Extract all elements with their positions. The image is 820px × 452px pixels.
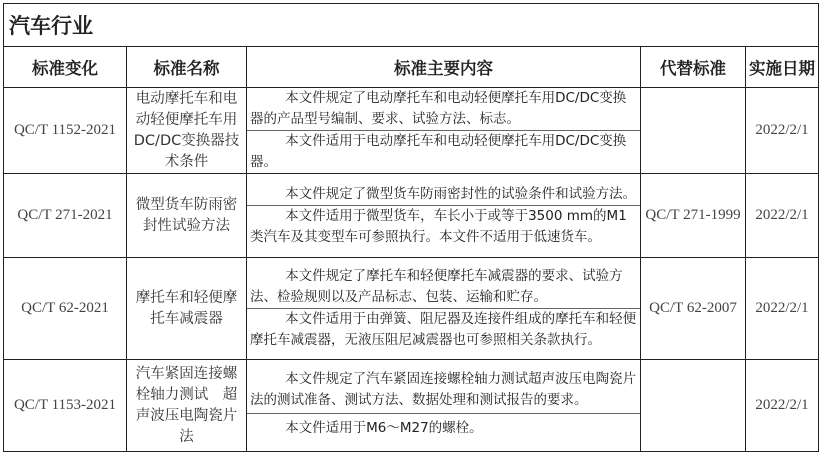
standard-name: 电动摩托车和电动轻便摩托车用DC/DC变换器技术条件 (127, 88, 247, 174)
header-change: 标准变化 (4, 47, 127, 88)
replaced-standard (641, 360, 746, 452)
header-content: 标准主要内容 (247, 47, 641, 88)
standard-content: 本文件规定了汽车紧固连接螺栓轴力测试超声波压电陶瓷片法的测试准备、测试方法、数据… (247, 360, 641, 452)
standard-name: 微型货车防雨密封性试验方法 (127, 174, 247, 258)
content-applicability: 本文件适用于微型货车，车长小于或等于3500 mm的M1类汽车及其变型车可参照执… (247, 205, 640, 248)
table-row: QC/T 1152-2021 电动摩托车和电动轻便摩托车用DC/DC变换器技术条… (4, 88, 819, 174)
replaced-standard: QC/T 271-1999 (641, 174, 746, 258)
standard-name: 汽车紧固连接螺栓轴力测试 超声波压电陶瓷片法 (127, 360, 247, 452)
effective-date: 2022/2/1 (746, 360, 819, 452)
header-replaces: 代替标准 (641, 47, 746, 88)
content-scope: 本文件规定了电动摩托车和电动轻便摩托车用DC/DC变换器的产品型号编制、要求、试… (247, 88, 640, 130)
section-title-row: 汽车行业 (4, 4, 819, 47)
header-date: 实施日期 (746, 47, 819, 88)
effective-date: 2022/2/1 (746, 258, 819, 360)
standard-code: QC/T 1152-2021 (4, 88, 127, 174)
standard-content: 本文件规定了微型货车防雨密封性的试验条件和试验方法。 本文件适用于微型货车，车长… (247, 174, 641, 258)
content-applicability: 本文件适用于由弹簧、阻尼器及连接件组成的摩托车和轻便摩托车减震器，无液压阻尼减震… (247, 308, 640, 351)
effective-date: 2022/2/1 (746, 174, 819, 258)
standards-table: 汽车行业 标准变化 标准名称 标准主要内容 代替标准 实施日期 QC/T 115… (3, 3, 819, 451)
content-scope: 本文件规定了汽车紧固连接螺栓轴力测试超声波压电陶瓷片法的测试准备、测试方法、数据… (247, 369, 640, 413)
content-applicability: 本文件适用于电动摩托车和电动轻便摩托车用DC/DC变换器。 (247, 130, 640, 173)
header-name: 标准名称 (127, 47, 247, 88)
table-row: QC/T 1153-2021 汽车紧固连接螺栓轴力测试 超声波压电陶瓷片法 本文… (4, 360, 819, 452)
standard-code: QC/T 62-2021 (4, 258, 127, 360)
standard-code: QC/T 271-2021 (4, 174, 127, 258)
standard-content: 本文件规定了摩托车和轻便摩托车减震器的要求、试验方法、检验规则以及产品标志、包装… (247, 258, 641, 360)
standard-content: 本文件规定了电动摩托车和电动轻便摩托车用DC/DC变换器的产品型号编制、要求、试… (247, 88, 641, 174)
table-row: QC/T 271-2021 微型货车防雨密封性试验方法 本文件规定了微型货车防雨… (4, 174, 819, 258)
standards-table-container: 汽车行业 标准变化 标准名称 标准主要内容 代替标准 实施日期 QC/T 115… (3, 3, 818, 449)
standard-name: 摩托车和轻便摩托车减震器 (127, 258, 247, 360)
content-scope: 本文件规定了摩托车和轻便摩托车减震器的要求、试验方法、检验规则以及产品标志、包装… (247, 266, 640, 308)
effective-date: 2022/2/1 (746, 88, 819, 174)
table-row: QC/T 62-2021 摩托车和轻便摩托车减震器 本文件规定了摩托车和轻便摩托… (4, 258, 819, 360)
replaced-standard (641, 88, 746, 174)
replaced-standard: QC/T 62-2007 (641, 258, 746, 360)
content-applicability: 本文件适用于M6～M27的螺栓。 (247, 413, 640, 442)
header-row: 标准变化 标准名称 标准主要内容 代替标准 实施日期 (4, 47, 819, 88)
section-title: 汽车行业 (4, 4, 819, 47)
standard-code: QC/T 1153-2021 (4, 360, 127, 452)
content-scope: 本文件规定了微型货车防雨密封性的试验条件和试验方法。 (247, 184, 640, 205)
